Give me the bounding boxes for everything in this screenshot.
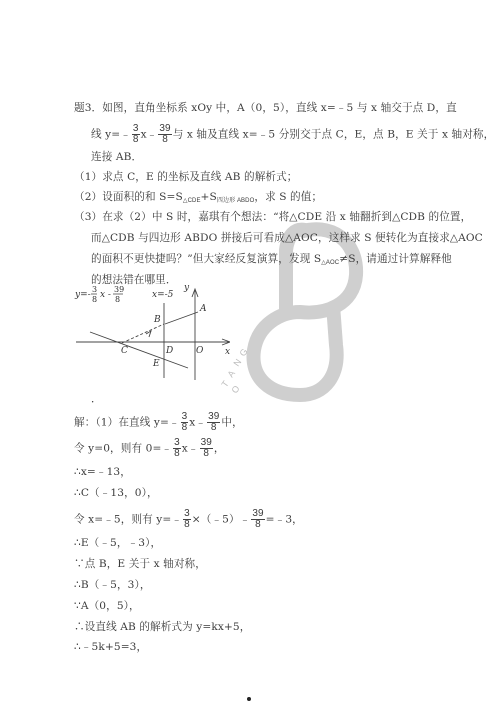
denominator: 8 [132,135,140,145]
text: x﹣ [189,417,206,429]
document-page: T A N G O 题3．如图，直角坐标系 xOy 中，A（0，5），直线 x=… [0,0,500,707]
subscript: △AOC [321,260,339,266]
text: 令 x=﹣5，则有 y=﹣ [74,514,182,526]
text: 的面积不更快捷吗？”但大家经反复演算，发现 S [91,253,321,265]
text: 令 y=0，则有 0=﹣ [74,443,172,455]
fraction: 398 [251,509,264,530]
text: ≠S，请通过计算解释他 [339,253,452,265]
text: 中， [221,417,242,429]
svg-text:8: 8 [115,295,120,304]
svg-text:A: A [199,304,207,314]
problem-line-1: 题3．如图，直角坐标系 xOy 中，A（0，5），直线 x=﹣5 与 x 轴交于… [74,101,457,115]
text: 解：（1）在直线 y=﹣ [74,417,180,429]
svg-text:G: G [237,347,249,358]
text: （2）设面积的和 S=S [74,191,183,203]
problem-line-2: 线 y=﹣38x﹣398与 x 轴及直线 x=﹣5 分别交于点 C，E，点 B，… [91,124,494,145]
fraction: 398 [158,124,171,145]
solution-line-6: ∴E（﹣5，﹣3）， [74,536,161,550]
denominator: 8 [207,423,220,433]
svg-text:3: 3 [92,285,97,294]
denominator: 8 [158,135,171,145]
question-3-line-2: 而△CDB 与四边形 ABDO 拼接后可看成△AOC，这样求 S 便转化为直接求… [91,231,483,245]
solution-line-10: ∴设直线 AB 的解析式为 y=kx+5， [74,620,250,634]
text: 线 y=﹣ [91,129,131,141]
fraction: 38 [183,509,191,530]
fraction: 398 [200,438,213,459]
solution-line-11: ∴﹣5k+5=3， [74,640,147,654]
solution-line-2: 令 y=0，则有 0=﹣38x﹣398， [74,438,225,459]
diagram-line-label: y=- [74,290,91,300]
svg-text:x: x [225,347,230,357]
svg-text:x=-5: x=-5 [152,290,174,300]
problem-text-1: 如图，直角坐标系 xOy 中，A（0，5），直线 x=﹣5 与 x 轴交于点 D… [102,102,457,114]
svg-text:D: D [165,346,173,356]
solution-line-7: ∵点 B，E 关于 x 轴对称， [74,557,206,571]
svg-text:N: N [231,357,243,368]
solution-line-5: 令 x=﹣5，则有 y=﹣38×（﹣5）﹣398=﹣3， [74,509,303,530]
text: x﹣ [182,443,199,455]
svg-text:O: O [196,346,204,356]
text: ， [214,443,225,455]
solution-line-3: ∴x=﹣13， [74,465,131,479]
svg-text:C: C [121,346,128,356]
fraction: 398 [207,412,220,433]
denominator: 8 [181,423,189,433]
question-3-line-1: （3）在求（2）中 S 时，嘉琪有个想法：“将△CDE 沿 x 轴翻折到△CDB… [74,210,471,224]
svg-text:T: T [219,378,231,389]
text: ，求 S 的值； [254,191,322,203]
question-2: （2）设面积的和 S=S△CDE+S四边形 ABDO，求 S 的值； [74,190,322,208]
svg-text:8: 8 [92,295,97,304]
solution-line-4: ∴C（﹣13，0）， [74,486,158,500]
denominator: 8 [251,520,264,530]
subscript: △CDE [183,198,201,204]
svg-text:O: O [229,384,241,395]
svg-text:y: y [183,283,190,293]
separator-dot: ． [91,392,102,406]
denominator: 8 [173,449,181,459]
coordinate-diagram: y=- 3 8 x - 39 8 x=-5 y A B C D E O x [70,275,230,380]
page-marker-dot [247,697,251,701]
text: 与 x 轴及直线 x=﹣5 分别交于点 C，E，点 B，E 关于 x 轴对称， [173,129,495,141]
solution-line-8: ∴B（﹣5，3）， [74,578,151,592]
svg-text:39: 39 [114,285,124,294]
denominator: 8 [183,520,191,530]
denominator: 8 [200,449,213,459]
fraction: 38 [173,438,181,459]
text: +S [201,191,217,203]
subscript: 四边形 ABDO [217,198,254,204]
problem-label: 题3． [74,102,102,114]
question-1: （1）求点 C，E 的坐标及直线 AB 的解析式； [74,170,297,184]
text: x﹣ [141,129,158,141]
svg-text:x -: x - [100,290,111,300]
svg-text:B: B [153,315,161,325]
fraction: 38 [132,124,140,145]
text: =﹣3， [266,514,303,526]
fraction: 38 [181,412,189,433]
solution-line-1: 解：（1）在直线 y=﹣38x﹣398中， [74,412,243,433]
question-3-line-3: 的面积不更快捷吗？”但大家经反复演算，发现 S△AOC≠S，请通过计算解释他 [91,252,452,270]
svg-text:E: E [152,359,160,369]
text: ×（﹣5）﹣ [192,514,251,526]
problem-line-3: 连接 AB． [91,150,142,164]
solution-line-9: ∵A（0，5）， [74,599,140,613]
